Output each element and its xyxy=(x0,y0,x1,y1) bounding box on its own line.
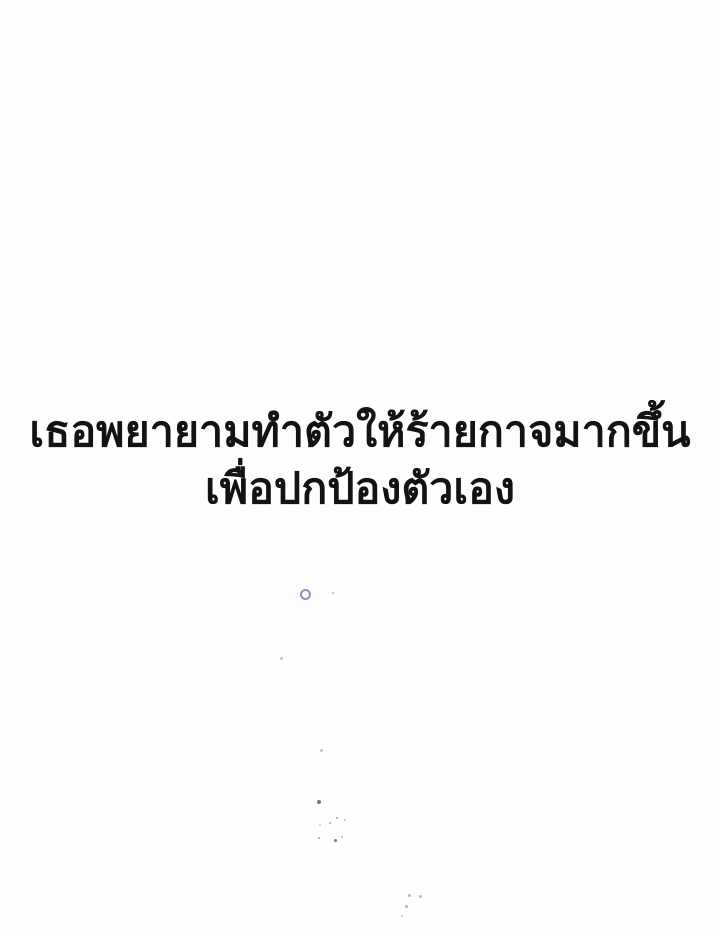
caption-line-2: เพื่อปกป้องตัวเอง xyxy=(0,461,720,518)
dust-speck xyxy=(336,817,338,819)
comic-page: เธอพยายามทำตัวให้ร้ายกาจมากขึ้น เพื่อปกป… xyxy=(0,0,720,929)
dust-speck xyxy=(419,895,422,898)
ring-speck xyxy=(300,589,311,600)
dust-speck xyxy=(318,837,320,839)
dust-speck xyxy=(408,894,411,897)
dust-speck xyxy=(319,824,321,826)
dust-speck xyxy=(320,749,323,752)
dust-speck xyxy=(280,657,283,660)
dust-speck xyxy=(329,822,331,824)
dust-speck xyxy=(405,905,408,908)
ink-dot xyxy=(317,800,321,804)
dust-speck xyxy=(344,819,346,821)
ink-dot xyxy=(334,839,337,842)
dust-speck xyxy=(332,592,334,594)
dust-speck xyxy=(401,915,403,917)
caption-line-1: เธอพยายามทำตัวให้ร้ายกาจมากขึ้น xyxy=(0,404,720,461)
dust-speck xyxy=(341,836,343,838)
caption-block: เธอพยายามทำตัวให้ร้ายกาจมากขึ้น เพื่อปกป… xyxy=(0,404,720,518)
